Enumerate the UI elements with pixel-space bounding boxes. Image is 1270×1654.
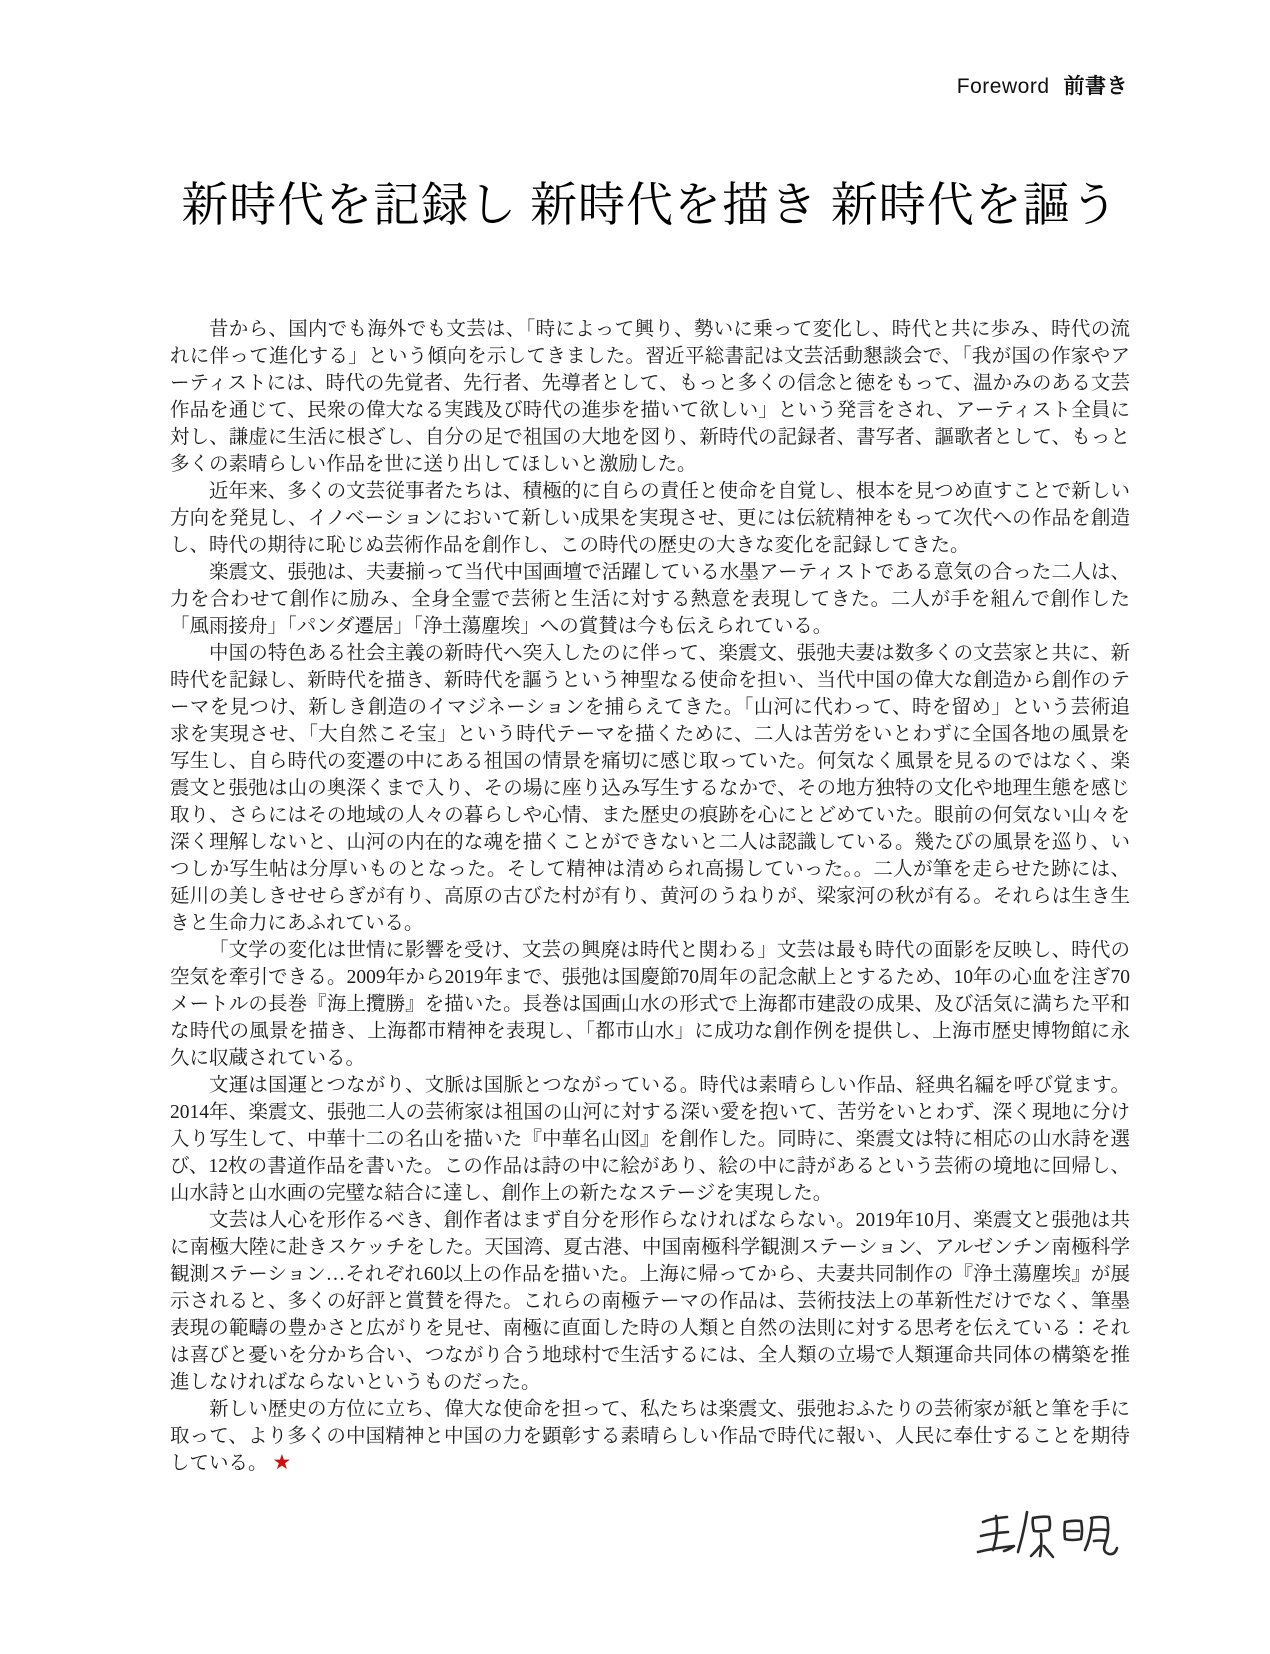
paragraph-7: 文芸は人心を形作るべき、創作者はまず自分を形作らなければならない。2019年10… <box>170 1207 1130 1396</box>
paragraph-6: 文運は国運とつながり、文脈は国脈とつながっている。時代は素晴らしい作品、経典名編… <box>170 1072 1130 1207</box>
foreword-page: Foreword前書き 新時代を記録し 新時代を描き 新時代を謳う 昔から、国内… <box>0 0 1270 1654</box>
paragraph-3: 楽震文、張弛は、夫妻揃って当代中国画壇で活躍している水墨アーティストである意気の… <box>170 559 1130 640</box>
paragraph-4: 中国の特色ある社会主義の新時代へ突入したのに伴って、楽震文、張弛夫妻は数多くの文… <box>170 640 1130 937</box>
page-title: 新時代を記録し 新時代を描き 新時代を謳う <box>170 168 1130 235</box>
paragraph-1: 昔から、国内でも海外でも文芸は、「時によって興り、勢いに乗って変化し、時代と共に… <box>170 316 1130 478</box>
paragraph-2: 近年来、多くの文芸従事者たちは、積極的に自らの責任と使命を自覚し、根本を見つめ直… <box>170 478 1130 559</box>
red-star-icon: ★ <box>268 1450 292 1474</box>
paragraph-8-text: 新しい歴史の方位に立ち、偉大な使命を担って、私たちは楽震文、張弛おふたりの芸術家… <box>170 1399 1130 1474</box>
page-corner-label: Foreword前書き <box>957 70 1128 100</box>
signature-text: 王保明 <box>975 1574 976 1575</box>
foreword-body: 昔から、国内でも海外でも文芸は、「時によって興り、勢いに乗って変化し、時代と共に… <box>170 316 1130 1477</box>
foreword-label-ja: 前書き <box>1064 75 1129 98</box>
signature-strokes <box>975 1494 1135 1574</box>
foreword-label-en: Foreword <box>957 75 1050 98</box>
signature: 王保明 <box>975 1494 1135 1574</box>
paragraph-5: 「文学の変化は世情に影響を受け、文芸の興廃は時代と関わる」文芸は最も時代の面影を… <box>170 937 1130 1072</box>
paragraph-8: 新しい歴史の方位に立ち、偉大な使命を担って、私たちは楽震文、張弛おふたりの芸術家… <box>170 1396 1130 1477</box>
